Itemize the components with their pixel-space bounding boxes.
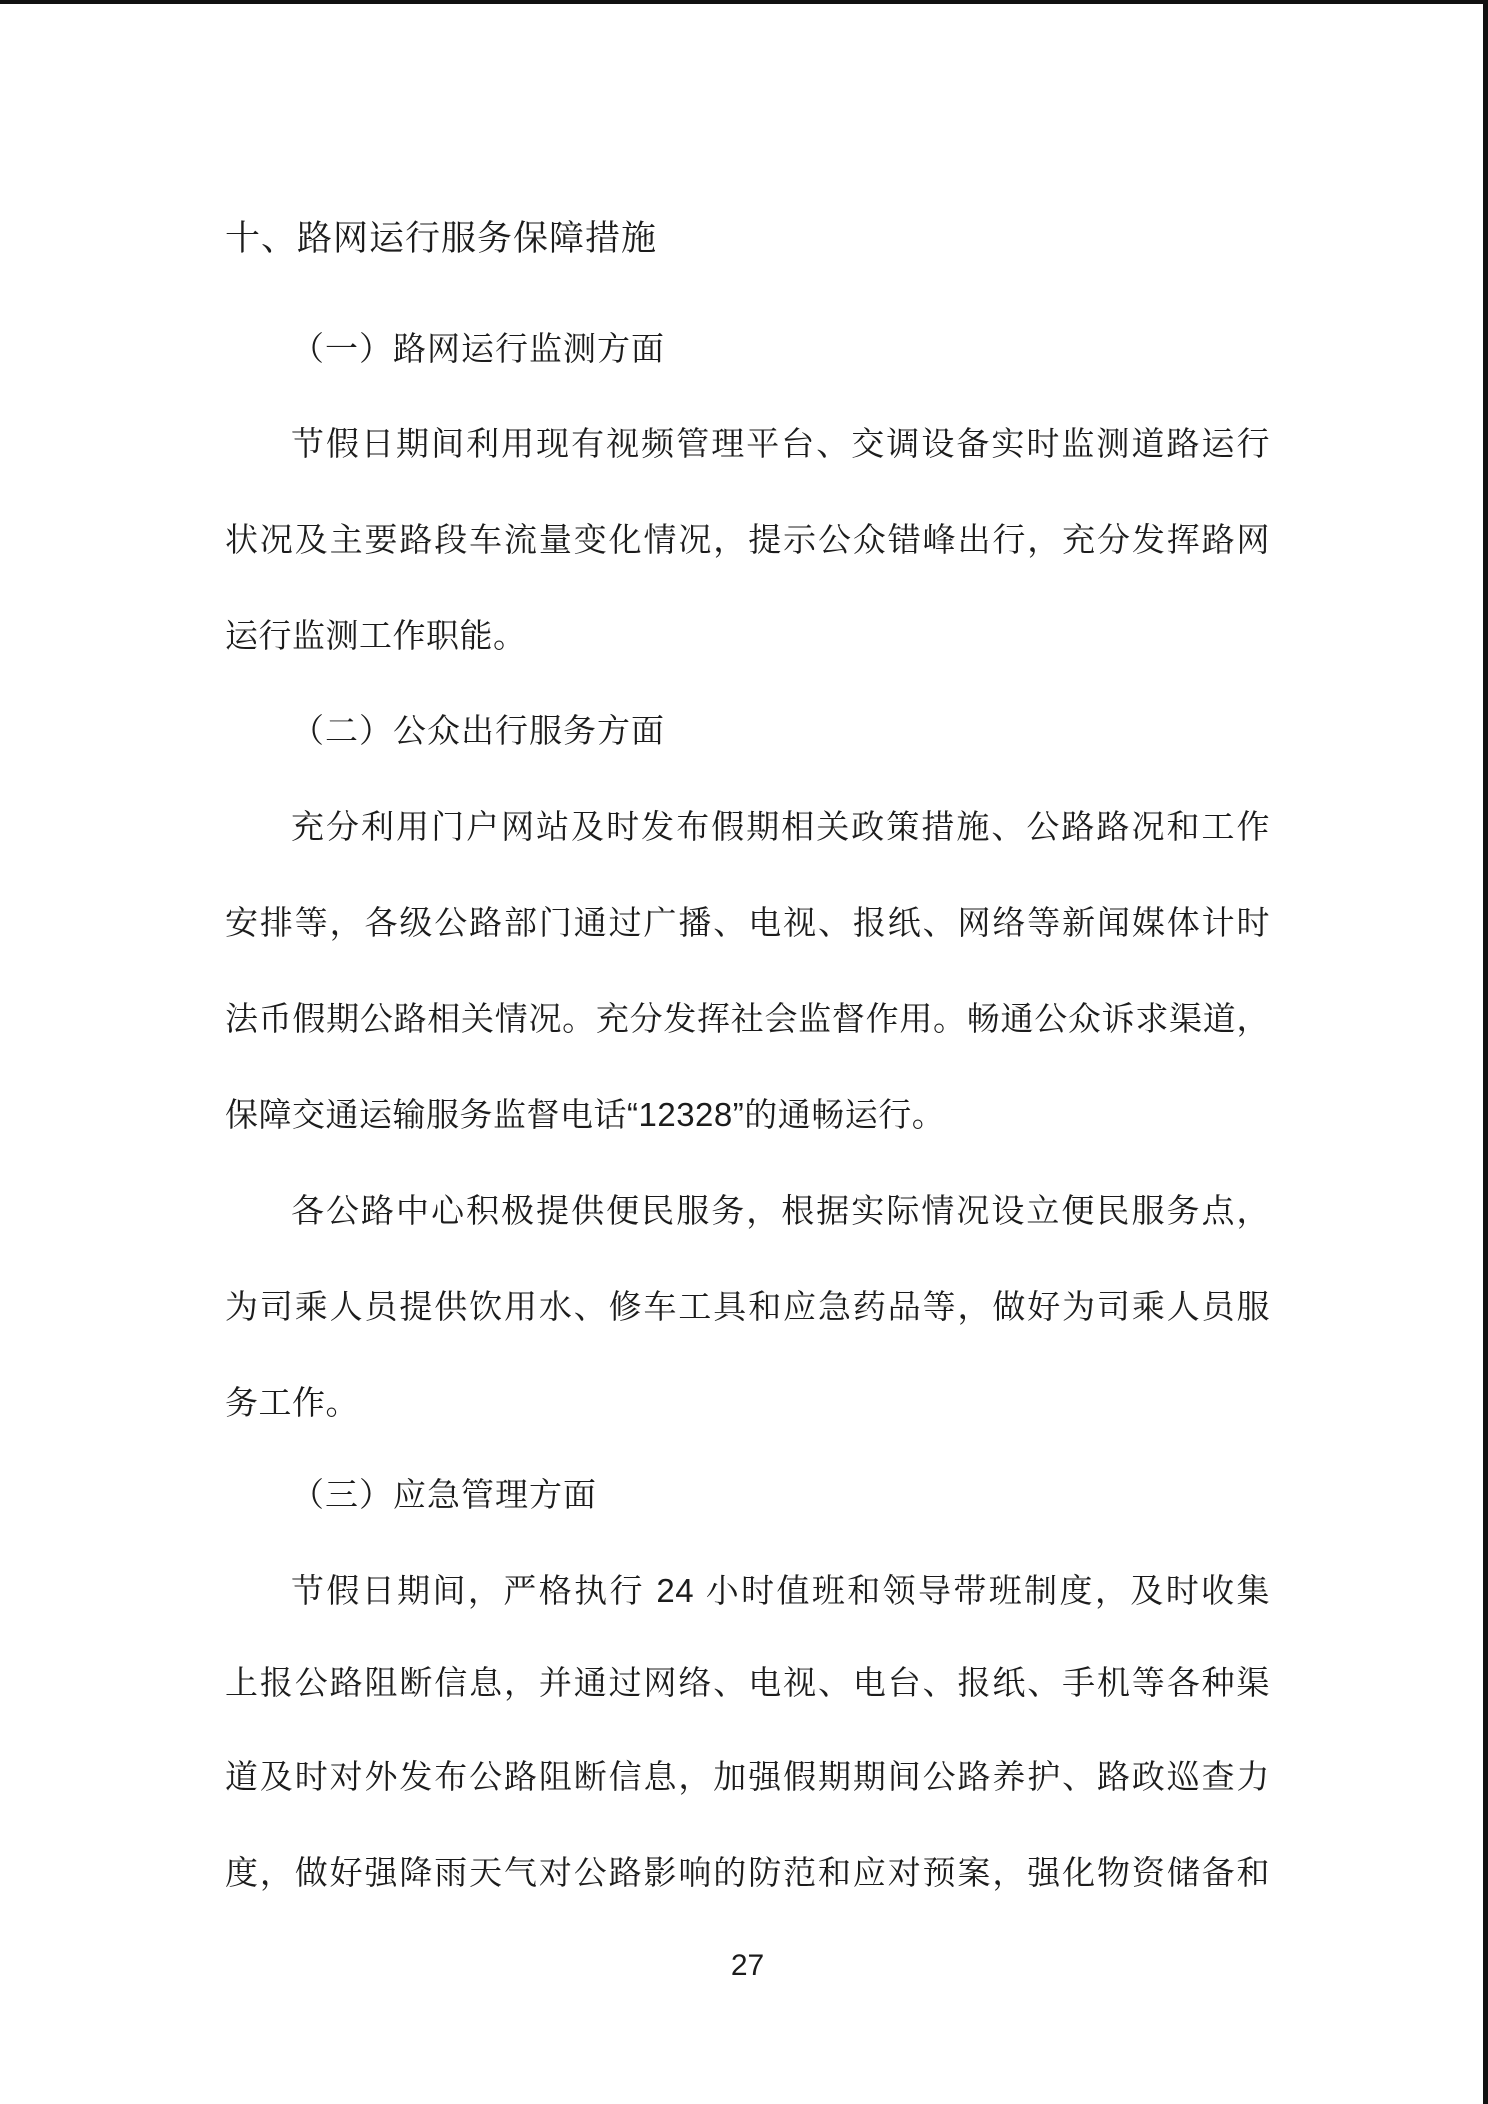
paragraph-line: 安排等，各级公路部门通过广播、电视、报纸、网络等新闻媒体计时 bbox=[225, 902, 1270, 944]
paragraph-line: 度，做好强降雨天气对公路影响的防范和应对预案，强化物资储备和 bbox=[225, 1852, 1270, 1894]
document-page: 十、路网运行服务保障措施 （一）路网运行监测方面 节假日期间利用现有视频管理平台… bbox=[0, 0, 1488, 2104]
paragraph-line: 法币假期公路相关情况。充分发挥社会监督作用。畅通公众诉求渠道， bbox=[225, 998, 1270, 1040]
paragraph-line: 上报公路阻断信息，并通过网络、电视、电台、报纸、手机等各种渠 bbox=[225, 1662, 1270, 1704]
paragraph-line: 节假日期间利用现有视频管理平台、交调设备实时监测道路运行 bbox=[225, 423, 1270, 465]
subsection-heading-1: （一）路网运行监测方面 bbox=[225, 328, 1270, 370]
paragraph-line: 运行监测工作职能。 bbox=[225, 615, 1270, 657]
paragraph-line: 务工作。 bbox=[225, 1382, 1270, 1424]
page-number: 27 bbox=[225, 1948, 1270, 1984]
paragraph-line: 为司乘人员提供饮用水、修车工具和应急药品等，做好为司乘人员服 bbox=[225, 1286, 1270, 1328]
section-title: 十、路网运行服务保障措施 bbox=[225, 218, 1270, 260]
page-border-right bbox=[1483, 0, 1488, 2104]
paragraph-line: 道及时对外发布公路阻断信息，加强假期期间公路养护、路政巡查力 bbox=[225, 1756, 1270, 1798]
paragraph-line: 各公路中心积极提供便民服务，根据实际情况设立便民服务点， bbox=[225, 1190, 1270, 1232]
paragraph-line: 节假日期间，严格执行 24 小时值班和领导带班制度，及时收集 bbox=[225, 1570, 1270, 1612]
paragraph-line: 充分利用门户网站及时发布假期相关政策措施、公路路况和工作 bbox=[225, 806, 1270, 848]
subsection-heading-3: （三）应急管理方面 bbox=[225, 1474, 1270, 1516]
paragraph-line: 状况及主要路段车流量变化情况，提示公众错峰出行，充分发挥路网 bbox=[225, 519, 1270, 561]
page-border-top bbox=[0, 0, 1488, 4]
paragraph-line: 保障交通运输服务监督电话“12328”的通畅运行。 bbox=[225, 1094, 1270, 1136]
subsection-heading-2: （二）公众出行服务方面 bbox=[225, 710, 1270, 752]
